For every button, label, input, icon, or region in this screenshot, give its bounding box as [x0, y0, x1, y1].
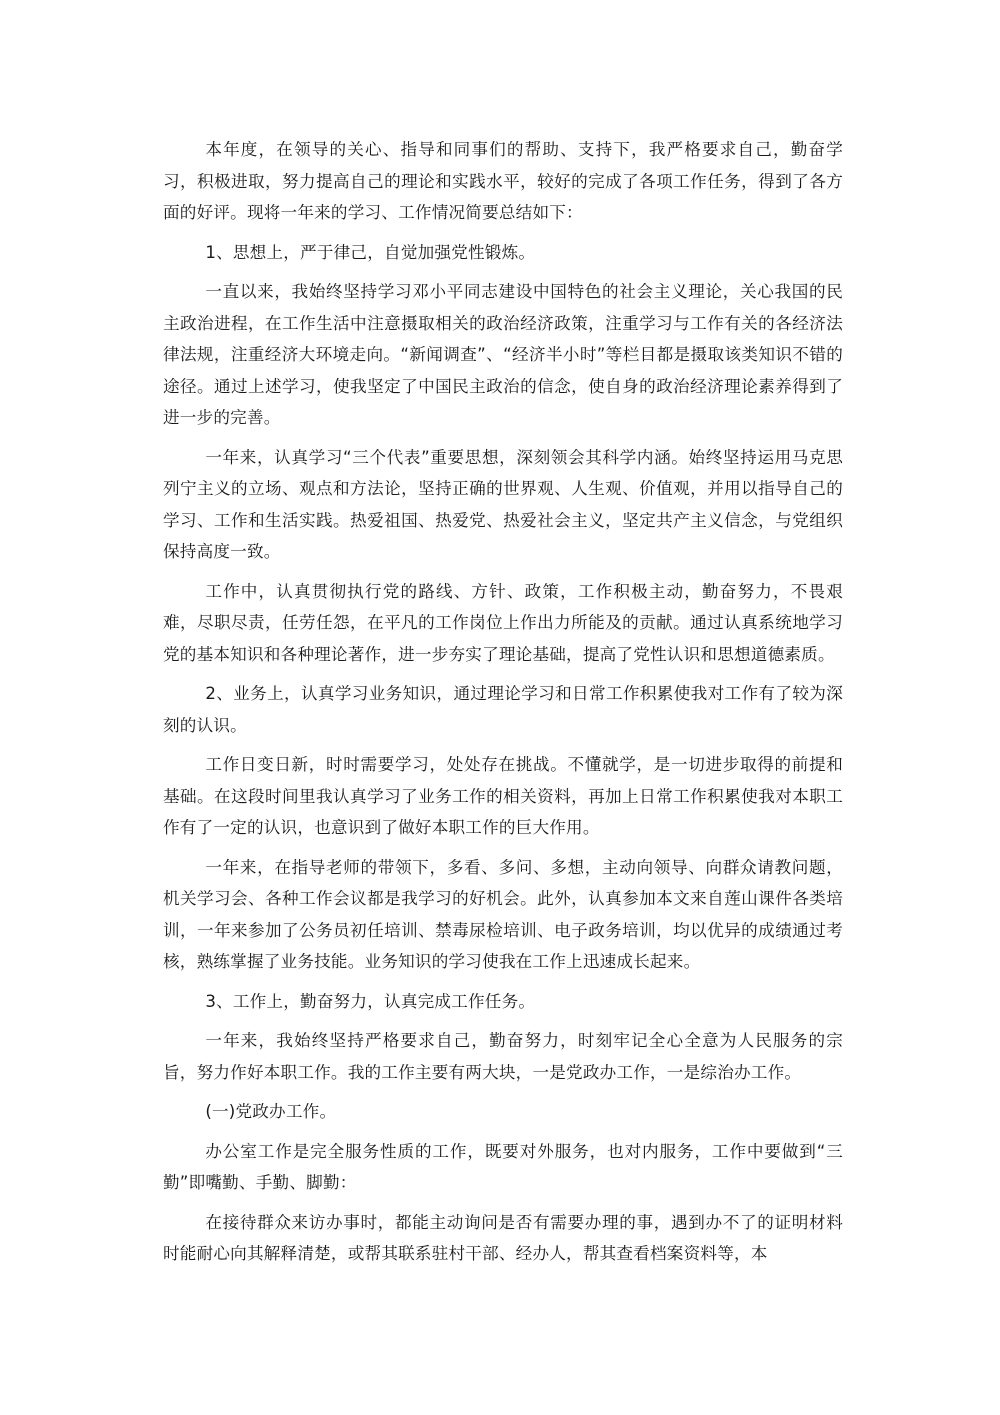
paragraph: 办公室工作是完全服务性质的工作，既要对外服务，也对内服务，工作中要做到“三勤”即… — [163, 1136, 843, 1199]
section-heading-2: 2、业务上，认真学习业务知识，通过理论学习和日常工作积累使我对工作有了较为深刻的… — [163, 678, 843, 741]
paragraph: 工作日变日新，时时需要学习，处处存在挑战。不懂就学，是一切进步取得的前提和基础。… — [163, 749, 843, 844]
paragraph: 在接待群众来访办事时，都能主动询问是否有需要办理的事，遇到办不了的证明材料时能耐… — [163, 1207, 843, 1270]
document-page: 本年度，在领导的关心、指导和同事们的帮助、支持下，我严格要求自己，勤奋学习，积极… — [163, 134, 843, 1278]
paragraph: 工作中，认真贯彻执行党的路线、方针、政策，工作积极主动，勤奋努力，不畏艰难，尽职… — [163, 576, 843, 671]
paragraph: 一年来，认真学习“三个代表”重要思想，深刻领会其科学内涵。始终坚持运用马克思列宁… — [163, 442, 843, 568]
paragraph-intro: 本年度，在领导的关心、指导和同事们的帮助、支持下，我严格要求自己，勤奋学习，积极… — [163, 134, 843, 229]
paragraph: 一年来，在指导老师的带领下，多看、多问、多想，主动向领导、向群众请教问题，机关学… — [163, 852, 843, 978]
paragraph: 一年来，我始终坚持严格要求自己，勤奋努力，时刻牢记全心全意为人民服务的宗旨，努力… — [163, 1025, 843, 1088]
section-heading-1: 1、思想上，严于律己，自觉加强党性锻炼。 — [163, 237, 843, 269]
subsection-heading: (一)党政办工作。 — [163, 1096, 843, 1128]
section-heading-3: 3、工作上，勤奋努力，认真完成工作任务。 — [163, 986, 843, 1018]
paragraph: 一直以来，我始终坚持学习邓小平同志建设中国特色的社会主义理论，关心我国的民主政治… — [163, 276, 843, 434]
